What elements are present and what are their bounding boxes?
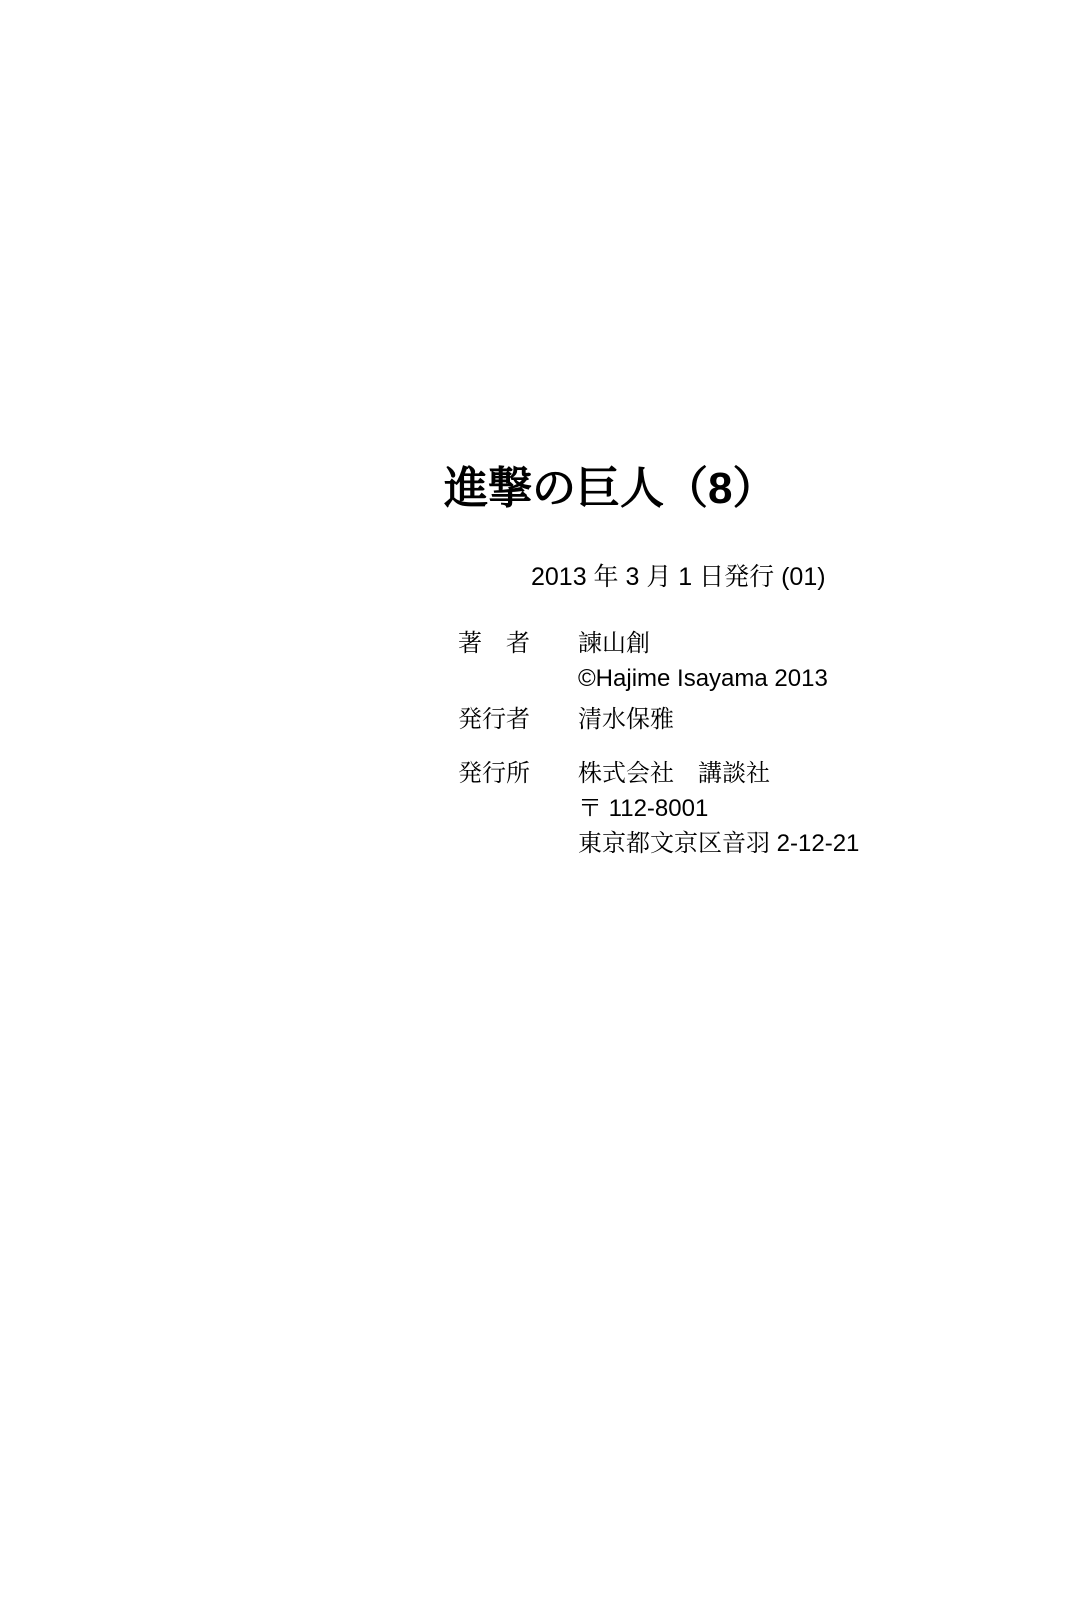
publisher-postal-code: 〒 112-8001 bbox=[578, 791, 859, 826]
publisher-company-value: 株式会社 講談社 〒 112-8001 東京都文京区音羽 2-12-21 bbox=[578, 756, 859, 861]
publisher-person-name: 清水保雅 bbox=[578, 702, 674, 737]
copyright-line: ©Hajime Isayama 2013 bbox=[578, 661, 828, 696]
publisher-company-label: 発行所 bbox=[458, 756, 530, 791]
publisher-person-value: 清水保雅 bbox=[578, 702, 674, 737]
publisher-company-name: 株式会社 講談社 bbox=[578, 756, 859, 791]
author-value: 諫山創 ©Hajime Isayama 2013 bbox=[578, 626, 828, 696]
colophon-page: 進撃の巨人（8） 2013 年 3 月 1 日発行 (01) 著 者 諫山創 ©… bbox=[0, 0, 1070, 1600]
publisher-person-label: 発行者 bbox=[458, 702, 530, 737]
author-name: 諫山創 bbox=[578, 626, 828, 661]
issue-date-line: 2013 年 3 月 1 日発行 (01) bbox=[531, 557, 826, 593]
publisher-address: 東京都文京区音羽 2-12-21 bbox=[578, 826, 859, 861]
author-label: 著 者 bbox=[458, 626, 530, 661]
book-title: 進撃の巨人（8） bbox=[444, 452, 776, 516]
